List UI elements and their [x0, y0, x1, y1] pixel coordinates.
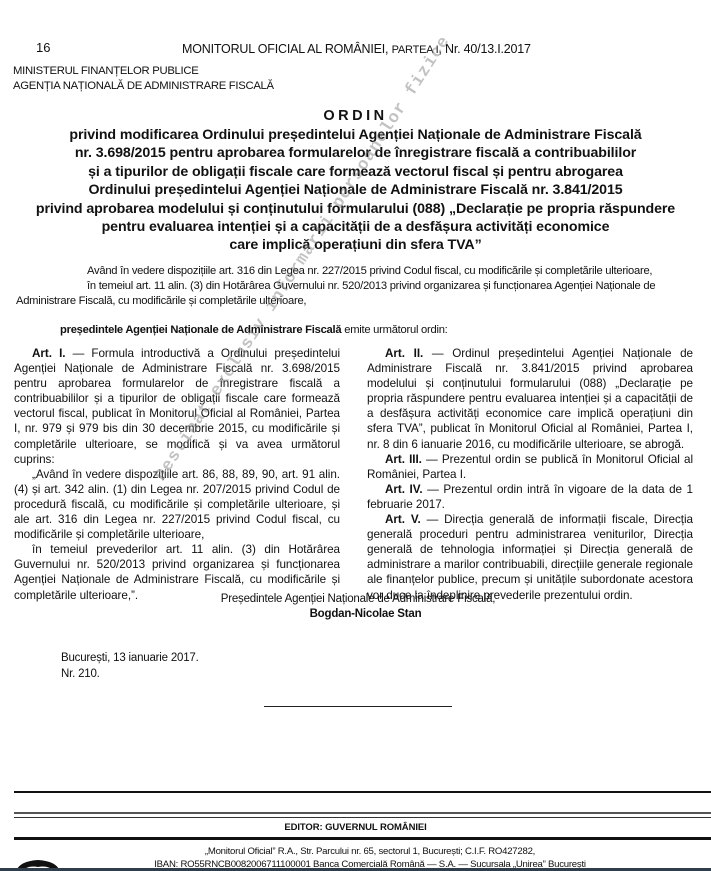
publication-name: MONITORUL OFICIAL AL ROMÂNIEI, [182, 42, 392, 56]
preamble-paragraph: Având în vedere dispozițiile art. 316 di… [16, 264, 706, 279]
footer-divider [14, 837, 711, 840]
article-text: — Ordinul președintelui Agenției Naționa… [367, 347, 693, 451]
issuer-block: MINISTERUL FINANȚELOR PUBLICE AGENȚIA NA… [13, 64, 274, 94]
emitter-bold: președintele Agenției Naționale de Admin… [60, 324, 341, 336]
title-line: privind modificarea Ordinului președinte… [20, 126, 691, 144]
preamble: Având în vedere dispozițiile art. 316 di… [16, 264, 706, 338]
title-line: care implică operațiuni din sfera TVA” [20, 236, 691, 254]
articles-right-column: Art. II. — Ordinul președintelui Agenție… [367, 346, 693, 603]
article-label: Art. II. [385, 347, 423, 360]
article: Art. IV. — Prezentul ordin intră în vigo… [367, 482, 693, 512]
article-text: „Având în vedere dispozițiile art. 86, 8… [14, 468, 340, 541]
article: Art. III. — Prezentul ordin se publică î… [367, 452, 693, 482]
ministry-name: MINISTERUL FINANȚELOR PUBLICE [13, 64, 274, 79]
agency-name: AGENȚIA NAȚIONALĂ DE ADMINISTRARE FISCAL… [13, 79, 274, 94]
document-type: ORDIN [0, 108, 711, 124]
article-label: Art. I. [32, 347, 65, 360]
footer-divider [14, 791, 711, 793]
title-line: pentru evaluarea intenției și a capacită… [20, 218, 691, 236]
emitter-statement: președintele Agenției Naționale de Admin… [16, 323, 706, 338]
preamble-paragraph: în temeiul art. 11 alin. (3) din Hotărâr… [16, 279, 706, 309]
article-text: — Direcția generală de informații fiscal… [367, 513, 693, 601]
place-date: București, 13 ianuarie 2017. [61, 651, 199, 667]
end-divider [264, 706, 452, 707]
signatory-name: Bogdan-Nicolae Stan [0, 607, 711, 622]
signature-block: Președintele Agenției Naționale de Admin… [0, 592, 711, 622]
footer-divider [14, 817, 711, 818]
imprint-line: „Monitorul Oficial” R.A., Str. Parcului … [100, 845, 640, 858]
article-label: Art. V. [385, 513, 421, 526]
article-label: Art. IV. [385, 483, 423, 496]
articles-left-column: Art. I. — Formula introductivă a Ordinul… [14, 346, 340, 603]
page-number: 16 [36, 40, 50, 55]
footer-divider [14, 812, 711, 814]
article: Art. II. — Ordinul președintelui Agenție… [367, 346, 693, 452]
title-line: privind aprobarea modelului și conținutu… [20, 200, 691, 218]
signatory-title: Președintele Agenției Naționale de Admin… [0, 592, 711, 607]
article-paragraph: „Având în vedere dispozițiile art. 86, 8… [14, 467, 340, 542]
emitter-rest: emite următorul ordin: [341, 324, 447, 336]
place-date-block: București, 13 ianuarie 2017. Nr. 210. [61, 651, 199, 682]
article-label: Art. III. [385, 453, 422, 466]
article: Art. V. — Direcția generală de informați… [367, 512, 693, 603]
running-header: MONITORUL OFICIAL AL ROMÂNIEI, PARTEA I,… [182, 42, 531, 56]
order-number: Nr. 210. [61, 667, 199, 683]
editor-line: EDITOR: GUVERNUL ROMÂNIEI [0, 822, 711, 833]
